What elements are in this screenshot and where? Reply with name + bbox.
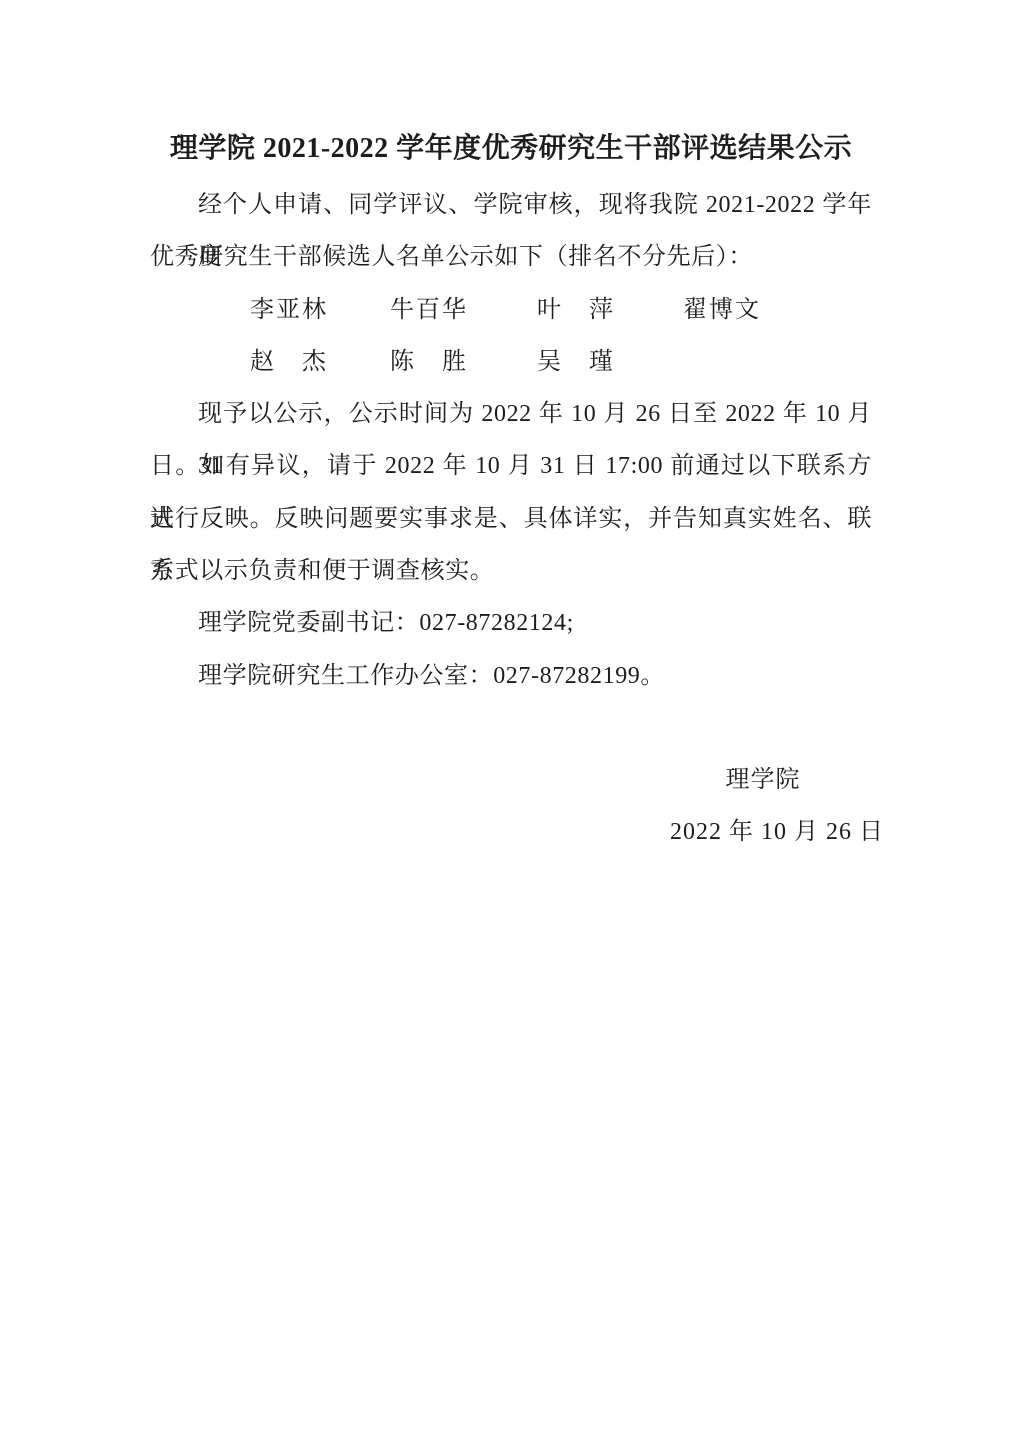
- signature-date: 2022 年 10 月 26 日: [670, 806, 884, 858]
- document-body: 经个人申请、同学评议、学院审核，现将我院 2021-2022 学年度 优秀研究生…: [150, 179, 872, 702]
- paragraph1-line1: 经个人申请、同学评议、学院审核，现将我院 2021-2022 学年度: [150, 179, 872, 231]
- candidate-name: 牛百华: [390, 284, 468, 336]
- paragraph1-line2: 优秀研究生干部候选人名单公示如下（排名不分先后）：: [150, 231, 872, 283]
- announcement-page: 理学院 2021-2022 学年度优秀研究生干部评选结果公示 经个人申请、同学评…: [0, 0, 1024, 1448]
- paragraph2-line4: 方式以示负责和便于调查核实。: [150, 545, 872, 597]
- candidates-row-1: 李亚林 牛百华 叶 萍 翟博文: [150, 284, 872, 336]
- contact-graduate-office: 理学院研究生工作办公室：027-87282199。: [150, 650, 872, 702]
- contact-party-secretary: 理学院党委副书记：027-87282124;: [150, 597, 872, 649]
- candidate-name: 陈 胜: [390, 336, 468, 388]
- candidate-name: 赵 杰: [250, 336, 328, 388]
- signature-block: 理学院 2022 年 10 月 26 日: [670, 754, 884, 859]
- candidate-name: 吴 瑾: [537, 336, 615, 388]
- candidate-name: 叶 萍: [537, 284, 615, 336]
- paragraph2-line3: 进行反映。反映问题要实事求是、具体详实，并告知真实姓名、联系: [150, 493, 872, 545]
- candidates-row-2: 赵 杰 陈 胜 吴 瑾: [150, 336, 872, 388]
- candidate-name: 李亚林: [250, 284, 328, 336]
- paragraph2-line1: 现予以公示，公示时间为 2022 年 10 月 26 日至 2022 年 10 …: [150, 388, 872, 440]
- candidate-name: 翟博文: [683, 284, 761, 336]
- paragraph2-line2: 日。如有异议，请于 2022 年 10 月 31 日 17:00 前通过以下联系…: [150, 440, 872, 492]
- document-title: 理学院 2021-2022 学年度优秀研究生干部评选结果公示: [150, 129, 872, 169]
- signature-organization: 理学院: [670, 754, 884, 806]
